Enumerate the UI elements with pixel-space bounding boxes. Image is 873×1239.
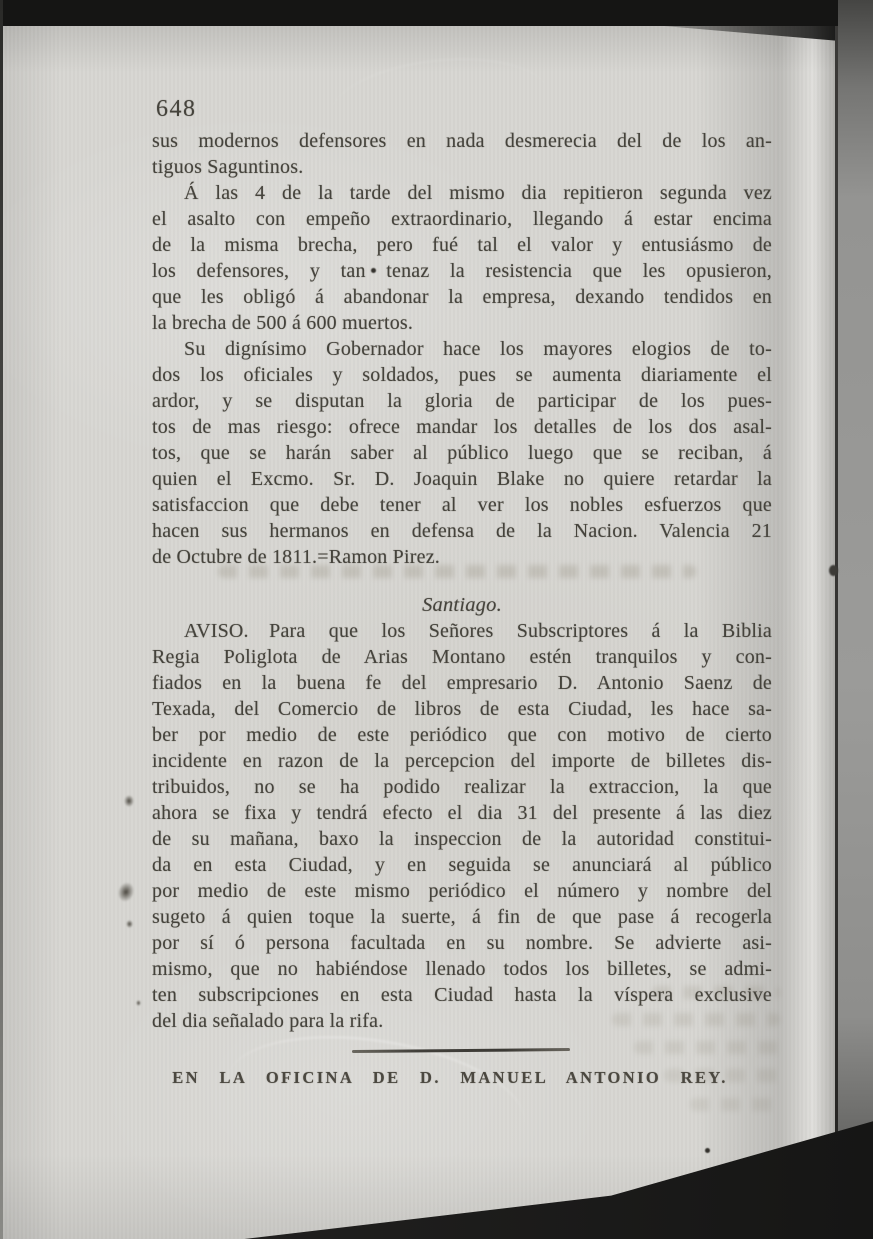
top-shadow-band	[0, 0, 873, 26]
text-line: mismo, que no habiéndose llenado todos l…	[152, 956, 772, 982]
book-edge-strip	[838, 0, 873, 1239]
text-line: da en esta Ciudad, y en seguida se anunc…	[152, 852, 772, 878]
showthrough-smudge	[690, 1098, 780, 1111]
edge-ink-speck	[829, 565, 838, 576]
scanned-book-page-photo: 648 sus modernos defensores en nada desm…	[0, 0, 873, 1239]
text-line: AVISO. Para que los Señores Subscriptore…	[152, 618, 772, 644]
text-line: Regia Poliglota de Arias Montano estén t…	[152, 644, 772, 670]
text-line: de la misma brecha, pero fué tal el valo…	[152, 232, 772, 258]
text-line: sus modernos defensores en nada desmerec…	[152, 128, 772, 154]
text-line: que les obligó á abandonar la empresa, d…	[152, 284, 772, 310]
text-line: sugeto á quien toque la suerte, á fin de…	[152, 904, 772, 930]
body-paragraph: AVISO. Para que los Señores Subscriptore…	[152, 618, 772, 1034]
margin-ink-mark	[126, 920, 133, 928]
text-line: Su dignísimo Gobernador hace los mayores…	[152, 336, 772, 362]
ink-speck	[705, 1148, 710, 1153]
text-line: ber por medio de este periódico que con …	[152, 722, 772, 748]
text-line: del dia señalado para la rifa.	[152, 1008, 772, 1034]
text-line: ahora se fixa y tendrá efecto el dia 31 …	[152, 800, 772, 826]
text-line: quien el Excmo. Sr. D. Joaquin Blake no …	[152, 466, 772, 492]
text-line: tribuidos, no se ha podido realizar la e…	[152, 774, 772, 800]
printer-imprint: EN LA OFICINA DE D. MANUEL ANTONIO REY.	[140, 1068, 760, 1088]
text-line: ardor, y se disputan la gloria de partic…	[152, 388, 772, 414]
text-line: de Octubre de 1811.=Ramon Pirez.	[152, 544, 772, 570]
text-line: el asalto con empeño extraordinario, lle…	[152, 206, 772, 232]
text-line: dos los oficiales y soldados, pues se au…	[152, 362, 772, 388]
text-line: tiguos Saguntinos.	[152, 154, 772, 180]
text-line: Á las 4 de la tarde del mismo dia repiti…	[152, 180, 772, 206]
text-line: por medio de este mismo periódico el núm…	[152, 878, 772, 904]
text-line: tos, que se harán saber al público luego…	[152, 440, 772, 466]
text-line: los defensores, y tan tenaz la resistenc…	[152, 258, 772, 284]
page-number: 648	[156, 96, 197, 123]
text-line: tos de mas riesgo: ofrece mandar los det…	[152, 414, 772, 440]
text-line: ten subscripciones en esta Ciudad hasta …	[152, 982, 772, 1008]
margin-ink-mark	[136, 1000, 141, 1006]
body-paragraph: sus modernos defensores en nada desmerec…	[152, 128, 772, 180]
section-heading: Santiago.	[152, 592, 772, 618]
text-line: fiados en la buena fe del empresario D. …	[152, 670, 772, 696]
body-paragraph: Á las 4 de la tarde del mismo dia repiti…	[152, 180, 772, 336]
text-line: Texada, del Comercio de libros de esta C…	[152, 696, 772, 722]
showthrough-smudge	[634, 1041, 780, 1054]
text-line: la brecha de 500 á 600 muertos.	[152, 310, 772, 336]
text-line: incidente en razon de la percepcion del …	[152, 748, 772, 774]
text-line: satisfaccion que debe tener al ver los n…	[152, 492, 772, 518]
text-line: por sí ó persona facultada en su nombre.…	[152, 930, 772, 956]
margin-ink-mark	[124, 795, 134, 807]
left-binding-shadow	[0, 0, 3, 1239]
body-paragraph: Su dignísimo Gobernador hace los mayores…	[152, 336, 772, 570]
text-line: de su mañana, baxo la inspeccion de la a…	[152, 826, 772, 852]
text-block: sus modernos defensores en nada desmerec…	[152, 128, 772, 1034]
text-line: hacen sus hermanos en defensa de la Naci…	[152, 518, 772, 544]
